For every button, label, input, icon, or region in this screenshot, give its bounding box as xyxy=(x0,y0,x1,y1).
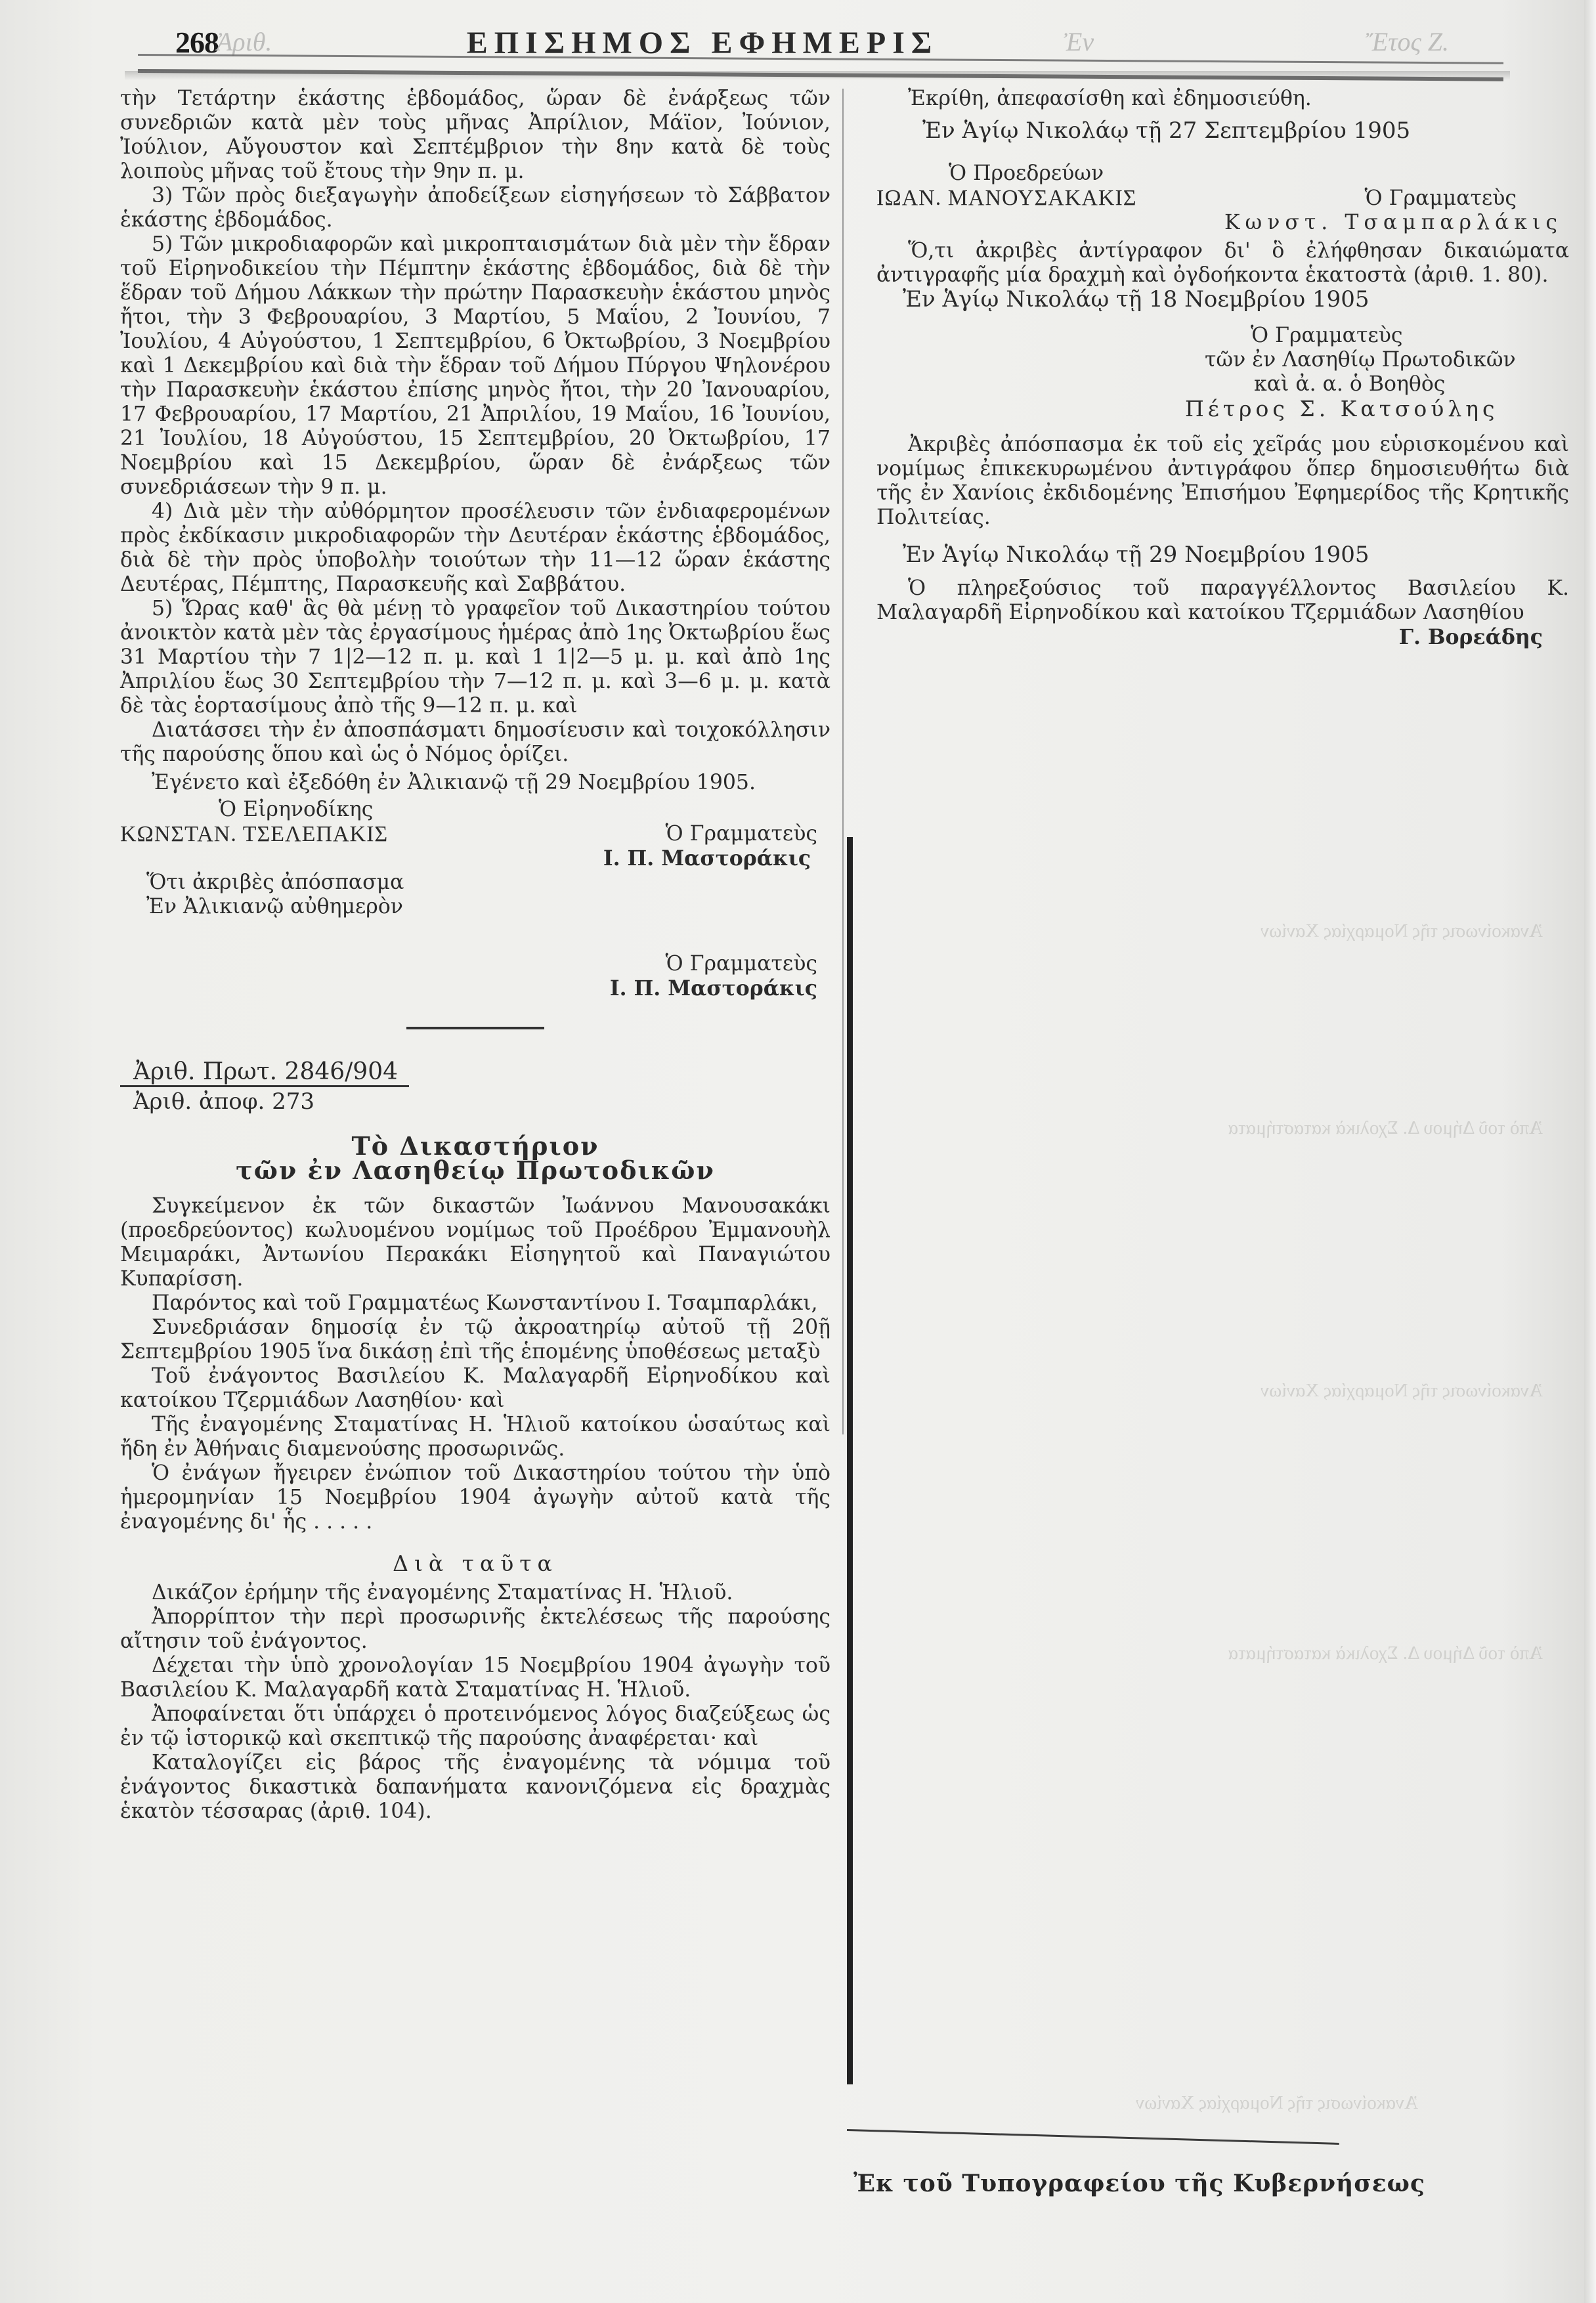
bleed-through-text: Ἀνακοίνωσις τῆς Νομαρχίας Χανίων xyxy=(1024,2091,1418,2115)
header-rule-shadow xyxy=(125,71,1510,80)
secretary-name: Κωνστ. Τσαμπαρλάκις xyxy=(876,211,1563,235)
court-secretary-name: Πέτρος Σ. Κατσούλης xyxy=(876,397,1569,421)
bleed-through-text: Ἀπὸ τοῦ Δήμου Δ. Σχολικὰ καταστήματα xyxy=(886,1116,1543,1140)
item-5-schedule-paragraph: 5) Τῶν μικροδιαφορῶν καὶ μικροπταισμάτων… xyxy=(120,232,830,500)
bleed-through-text: Ἀπὸ τοῦ Δήμου Δ. Σχολικὰ καταστήματα xyxy=(886,1641,1543,1665)
court-secretary-title-line-2: τῶν ἐν Λασηθίῳ Πρωτοδικῶν xyxy=(876,348,1569,372)
intro-paragraph: τὴν Τετάρτην ἑκάστης ἑβδομάδος, ὥραν δὲ … xyxy=(120,87,830,184)
section-separator-rule xyxy=(406,1027,544,1029)
court-secretary-title-line-3: καὶ ἀ. α. ὁ Βοηθὸς xyxy=(876,372,1569,397)
left-column: τὴν Τετάρτην ἑκάστης ἑβδομάδος, ὥραν δὲ … xyxy=(120,87,830,1824)
secretary-title: Ὁ Γραμματεὺς xyxy=(1365,186,1517,211)
judged-line: Ἐκρίθη, ἀπεφασίσθη καὶ ἐδημοσιεύθη. xyxy=(876,87,1569,111)
column-divider-dotted xyxy=(842,89,844,1434)
presiding-name: ΙΩΑΝ. ΜΑΝΟΥΣΑΚΑΚΙΣ xyxy=(876,186,1137,210)
page-edge-shadow xyxy=(1584,0,1596,2303)
place-date-line: Ἐν Ἁγίῳ Νικολάῳ τῇ 18 Νοεμβρίου 1905 xyxy=(876,288,1569,312)
bleed-header-left: Ἀριθ. xyxy=(217,26,272,57)
copy-fee-paragraph: Ὅ,τι ἀκριβὲς ἀντίγραφον δι' ὃ ἐλήφθησαν … xyxy=(876,239,1569,288)
item-3-paragraph: 3) Τῶν πρὸς διεξαγωγὴν ἀποδείξεων εἰσηγή… xyxy=(120,184,830,232)
secretary-title: Ὁ Γραμματεὺς xyxy=(120,952,817,976)
secretary-name: Ι. Π. Μαστοράκις xyxy=(120,846,811,871)
right-column: Ἐκρίθη, ἀπεφασίσθη καὶ ἐδημοσιεύθη. Ἐν Ἁ… xyxy=(876,87,1569,649)
bleed-header-mid: Ἐν xyxy=(1064,26,1094,57)
signature-row-2: ΙΩΑΝ. ΜΑΝΟΥΣΑΚΑΚΙΣ Ὁ Γραμματεὺς xyxy=(876,186,1569,211)
composition-paragraph: Συγκείμενον ἐκ τῶν δικαστῶν Ἰωάννου Μανο… xyxy=(120,1194,830,1291)
decision-number: Ἀριθ. ἀποφ. 273 xyxy=(120,1090,830,1114)
ruling-paragraph: Ἀποφαίνεται ὅτι ὑπάρχει ὁ προτεινόμενος … xyxy=(120,1702,830,1751)
ruling-paragraph: Δικάζον ἐρήμην τῆς ἐναγομένης Σταματίνας… xyxy=(120,1581,830,1605)
ruling-paragraph: Ἀπορρίπτον τὴν περὶ προσωρινῆς ἐκτελέσεω… xyxy=(120,1605,830,1654)
attorney-paragraph: Ὁ πληρεξούσιος τοῦ παραγγέλλοντος Βασιλε… xyxy=(876,576,1569,625)
session-paragraph: Συνεδριάσαν δημοσίᾳ ἐν τῷ ἀκροατηρίῳ αὐτ… xyxy=(120,1316,830,1364)
printer-imprint: Ἐκ τοῦ Τυπογραφείου τῆς Κυβερνήσεως xyxy=(853,2170,1425,2197)
judge-name: ΚΩΝΣΤΑΝ. ΤΣΕΛΕΠΑΚΙΣ xyxy=(120,822,388,846)
protocol-underline xyxy=(120,1085,409,1087)
court-subheading: τῶν ἐν Λασηθείῳ Πρωτοδικῶν xyxy=(120,1158,830,1182)
certify-line: Ὅτι ἀκριβὲς ἀπόσπασμα xyxy=(120,871,830,895)
judge-title: Ὁ Εἰρηνοδίκης xyxy=(120,798,830,822)
ruling-paragraph: Δέχεται τὴν ὑπὸ χρονολογίαν 15 Νοεμβρίου… xyxy=(120,1654,830,1702)
bleed-through-text: Ἀνακοίνωσις τῆς Νομαρχίας Χανίων xyxy=(886,1379,1543,1402)
certify-place-line: Ἐν Ἀλικιανῷ αὐθημερὸν xyxy=(120,895,830,919)
ruling-paragraph: Καταλογίζει εἰς βάρος τῆς ἐναγομένης τὰ … xyxy=(120,1751,830,1824)
place-date-line: Ἐν Ἁγίῳ Νικολάῳ τῇ 27 Σεπτεμβρίου 1905 xyxy=(876,119,1569,143)
plaintiff-paragraph: Τοῦ ἐνάγοντος Βασιλείου Κ. Μαλαγαρδῆ Εἰρ… xyxy=(120,1364,830,1413)
presiding-title: Ὁ Προεδρεύων xyxy=(876,161,1569,186)
bleed-header-right: Ἔτος Ζ. xyxy=(1366,26,1449,57)
order-paragraph: Διατάσσει τὴν ἐν ἀποσπάσματι δημοσίευσιν… xyxy=(120,718,830,767)
place-date-line: Ἐν Ἁγίῳ Νικολάῳ τῇ 29 Νοεμβρίου 1905 xyxy=(876,543,1569,567)
action-paragraph: Ὁ ἐνάγων ἤγειρεν ἐνώπιον τοῦ Δικαστηρίου… xyxy=(120,1461,830,1534)
footer-rule xyxy=(847,2129,1339,2145)
column-divider xyxy=(847,837,853,2084)
issued-line: Ἐγένετο καὶ ἐξεδόθη ἐν Ἀλικιανῷ τῇ 29 Νο… xyxy=(120,771,830,795)
ruling-heading: Διὰ ταῦτα xyxy=(120,1551,830,1576)
secretary-name: Ι. Π. Μαστοράκις xyxy=(120,976,817,1001)
signature-row-1: ΚΩΝΣΤΑΝ. ΤΣΕΛΕΠΑΚΙΣ Ὁ Γραμματεὺς xyxy=(120,822,830,846)
item-5-office-hours-paragraph: 5) Ὥρας καθ' ἃς θὰ μένῃ τὸ γραφεῖον τοῦ … xyxy=(120,597,830,718)
present-paragraph: Παρόντος καὶ τοῦ Γραμματέως Κωνσταντίνου… xyxy=(120,1291,830,1316)
attorney-name: Γ. Βορεάδης xyxy=(876,625,1543,649)
court-secretary-title: Ὁ Γραμματεὺς xyxy=(876,324,1569,348)
item-4-paragraph: 4) Διὰ μὲν τὴν αὐθόρμητον προσέλευσιν τῶ… xyxy=(120,500,830,597)
court-heading: Τὸ Δικαστήριον xyxy=(120,1134,830,1158)
exact-extract-paragraph: Ἀκριβὲς ἀπόσπασμα ἐκ τοῦ εἰς χεῖράς μου … xyxy=(876,433,1569,530)
protocol-number: Ἀριθ. Πρωτ. 2846/904 xyxy=(120,1060,830,1084)
defendant-paragraph: Τῆς ἐναγομένης Σταματίνας Η. Ἡλιοῦ κατοί… xyxy=(120,1413,830,1461)
bleed-through-text: Ἀνακοίνωσις τῆς Νομαρχίας Χανίων xyxy=(886,919,1543,943)
secretary-title: Ὁ Γραμματεὺς xyxy=(666,822,817,846)
newspaper-page: 268 Ἀριθ. ΕΠΙΣΗΜΟΣ ΕΦΗΜΕΡΙΣ Ἐν Ἔτος Ζ. Ἀ… xyxy=(0,0,1596,2303)
